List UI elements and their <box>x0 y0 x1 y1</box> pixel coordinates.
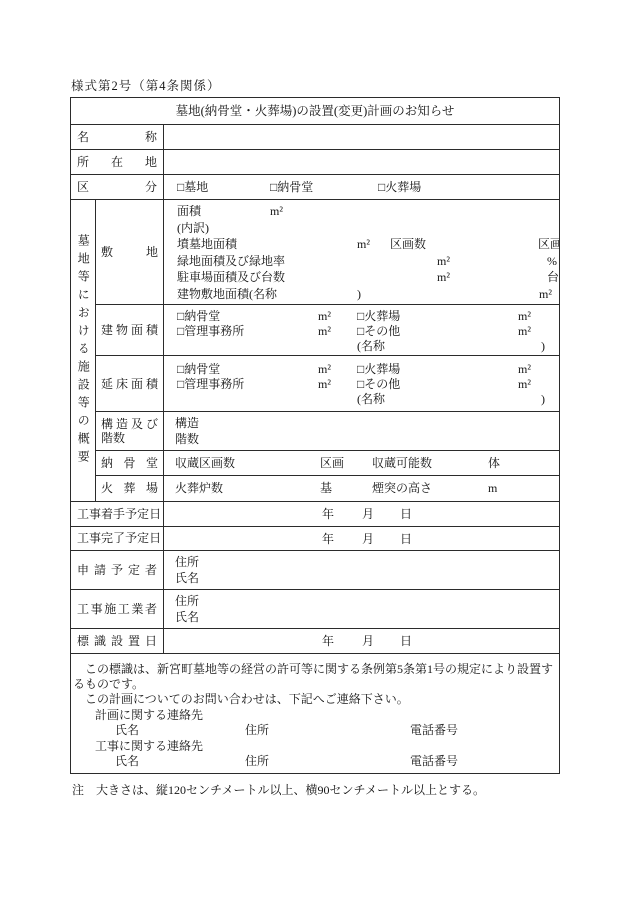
storage-capacity-label: 収蔵可能数 <box>372 456 432 470</box>
office-unit: m² <box>318 324 331 338</box>
work-contact-phone-label: 電話番号 <box>410 754 458 768</box>
ossuary-unit: m² <box>318 362 331 376</box>
name-paren-open: (名称 <box>357 339 385 353</box>
table-row: 所在地 <box>71 149 559 174</box>
table-row: 納骨堂 収蔵区画数 区画 収蔵可能数 体 <box>96 450 559 475</box>
green-area-unit: m² <box>437 254 450 268</box>
table-row: 敷地 面積 m² (内訳) 墳墓地面積 m² 区画数 区画 緑地面積及び緑地率 … <box>96 200 559 304</box>
notice-line1: この標識は、新宮町墓地等の経営の許可等に関する条例第5条第1号の規定により設置す <box>73 662 553 676</box>
sign-installation-date-value-cell: 年 月 日 <box>164 629 559 653</box>
table-row: 工事施工業者 住所 氏名 <box>71 589 559 628</box>
other-unit: m² <box>518 377 531 391</box>
day-label: 日 <box>400 532 412 546</box>
name-label: 氏名 <box>175 571 199 585</box>
month-label: 月 <box>362 507 374 521</box>
building-area-label: 建物面積 <box>101 323 158 337</box>
building-site-paren: ) <box>357 287 361 301</box>
site-area-label: 面積 <box>177 204 201 218</box>
category-value-cell: □墓地 □納骨堂 □火葬場 <box>164 175 559 199</box>
table-row: 区分 □墓地 □納骨堂 □火葬場 <box>71 174 559 199</box>
chimney-height-unit: m <box>488 481 497 495</box>
building-area-value-cell: □納骨堂 m² □火葬場 m² □管理事務所 m² □その他 m² (名称 ) <box>164 305 559 356</box>
work-contact-address-label: 住所 <box>245 754 269 768</box>
table-row: 工事完了予定日 年 月 日 <box>71 526 559 550</box>
form-title: 墓地(納骨堂・火葬場)の設置(変更)計画のお知らせ <box>176 104 455 119</box>
table-row: 名称 <box>71 124 559 149</box>
name-label: 名称 <box>77 130 157 144</box>
grave-area-label: 墳墓地面積 <box>177 237 237 251</box>
construction-end-value-cell: 年 月 日 <box>164 527 559 550</box>
parking-count-unit: 台 <box>547 270 559 284</box>
notice-block-row: この標識は、新宮町墓地等の経営の許可等に関する条例第5条第1号の規定により設置す… <box>71 653 559 773</box>
crematory-value-cell: 火葬炉数 基 煙突の高さ m <box>164 476 559 501</box>
checkbox-crematory: □火葬場 <box>378 180 421 194</box>
day-label: 日 <box>400 507 412 521</box>
crematory-unit: m² <box>518 362 531 376</box>
name-value-cell <box>164 125 559 149</box>
floor-area-label: 延床面積 <box>101 377 158 391</box>
checkbox-crematory: □火葬場 <box>357 309 400 323</box>
ossuary-row-label: 納骨堂 <box>101 456 158 470</box>
name-paren-close: ) <box>541 392 545 406</box>
overview-side-cell: 墓地等における施設等の概要 <box>71 200 96 501</box>
overview-side-label: 墓地等における施設等の概要 <box>76 234 90 468</box>
site-label: 敷地 <box>101 245 158 259</box>
year-label: 年 <box>322 507 334 521</box>
table-row: 申請予定者 住所 氏名 <box>71 550 559 589</box>
work-contact-name-label: 氏名 <box>115 754 139 768</box>
floors-field-label: 階数 <box>175 432 199 446</box>
furnace-count-unit: 基 <box>320 481 332 495</box>
floor-area-value-cell: □納骨堂 m² □火葬場 m² □管理事務所 m² □その他 m² (名称 ) <box>164 356 559 411</box>
notice-line3: この計画についてのお問い合わせは、下記へご連絡下さい。 <box>73 692 409 706</box>
year-label: 年 <box>322 634 334 648</box>
name-paren-open: (名称 <box>357 392 385 406</box>
size-footnote: 注 大きさは、縦120センチメートル以上、横90センチメートル以上とする。 <box>72 783 485 797</box>
notice-block: この標識は、新宮町墓地等の経営の許可等に関する条例第5条第1号の規定により設置す… <box>71 654 559 773</box>
parking-label: 駐車場面積及び台数 <box>177 270 285 284</box>
plan-contact-label: 計画に関する連絡先 <box>95 708 203 722</box>
location-label: 所在地 <box>77 155 157 169</box>
checkbox-crematory: □火葬場 <box>357 362 400 376</box>
checkbox-ossuary: □納骨堂 <box>177 309 220 323</box>
construction-end-label: 工事完了予定日 <box>77 531 157 545</box>
year-label: 年 <box>322 532 334 546</box>
furnace-count-label: 火葬炉数 <box>175 481 223 495</box>
table-row: 構造及び 階数 構造 階数 <box>96 411 559 450</box>
checkbox-office: □管理事務所 <box>177 324 244 338</box>
structure-label-line1: 構造及び <box>101 417 158 431</box>
notice-form-table: 墓地(納骨堂・火葬場)の設置(変更)計画のお知らせ 名称 所在地 区分 □墓地 … <box>70 97 560 774</box>
form-number: 様式第2号（第4条関係） <box>71 79 221 94</box>
table-row: 工事着手予定日 年 月 日 <box>71 501 559 526</box>
checkbox-other: □その他 <box>357 377 400 391</box>
storage-lots-unit: 区画 <box>320 456 344 470</box>
contractor-label: 工事施工業者 <box>77 602 157 616</box>
address-label: 住所 <box>175 555 199 569</box>
storage-capacity-unit: 体 <box>488 456 500 470</box>
month-label: 月 <box>362 532 374 546</box>
applicant-value-cell: 住所 氏名 <box>164 551 559 589</box>
name-paren-close: ) <box>541 339 545 353</box>
sign-installation-date-label: 標識設置日 <box>77 634 157 648</box>
table-row: 火葬場 火葬炉数 基 煙突の高さ m <box>96 475 559 501</box>
table-row: 墓地(納骨堂・火葬場)の設置(変更)計画のお知らせ <box>71 98 559 124</box>
month-label: 月 <box>362 634 374 648</box>
construction-start-label: 工事着手予定日 <box>77 507 157 521</box>
checkbox-ossuary: □納骨堂 <box>177 362 220 376</box>
ossuary-value-cell: 収蔵区画数 区画 収蔵可能数 体 <box>164 451 559 475</box>
plan-contact-name-label: 氏名 <box>115 723 139 737</box>
lot-count-label: 区画数 <box>390 237 426 251</box>
plan-contact-address-label: 住所 <box>245 723 269 737</box>
applicant-label: 申請予定者 <box>77 563 157 577</box>
category-label: 区分 <box>77 180 157 194</box>
construction-start-value-cell: 年 月 日 <box>164 502 559 526</box>
contractor-value-cell: 住所 氏名 <box>164 590 559 628</box>
location-value-cell <box>164 150 559 174</box>
day-label: 日 <box>400 634 412 648</box>
work-contact-label: 工事に関する連絡先 <box>95 739 203 753</box>
chimney-height-label: 煙突の高さ <box>372 481 432 495</box>
parking-unit: m² <box>437 270 450 284</box>
checkbox-office: □管理事務所 <box>177 377 244 391</box>
structure-value-cell: 構造 階数 <box>164 412 559 450</box>
address-label: 住所 <box>175 594 199 608</box>
name-label: 氏名 <box>175 610 199 624</box>
table-row: 建物面積 □納骨堂 m² □火葬場 m² □管理事務所 m² □その他 m² (… <box>96 304 559 356</box>
crematory-unit: m² <box>518 309 531 323</box>
checkbox-other: □その他 <box>357 324 400 338</box>
table-row: 標識設置日 年 月 日 <box>71 628 559 653</box>
green-area-label: 緑地面積及び緑地率 <box>177 254 285 268</box>
site-value-cell: 面積 m² (内訳) 墳墓地面積 m² 区画数 区画 緑地面積及び緑地率 m² … <box>164 200 559 304</box>
crematory-row-label: 火葬場 <box>101 481 158 495</box>
ossuary-unit: m² <box>318 309 331 323</box>
office-unit: m² <box>318 377 331 391</box>
grave-area-unit: m² <box>357 237 370 251</box>
checkbox-cemetery: □墓地 <box>177 180 208 194</box>
form-page: 様式第2号（第4条関係） 墓地(納骨堂・火葬場)の設置(変更)計画のお知らせ 名… <box>0 0 630 903</box>
checkbox-ossuary: □納骨堂 <box>270 180 313 194</box>
building-site-label: 建物敷地面積(名称 <box>177 287 277 301</box>
overview-section: 墓地等における施設等の概要 敷地 面積 m² (内訳) 墳墓地面積 m² 区画数… <box>71 199 559 501</box>
lot-count-unit: 区画 <box>538 237 559 251</box>
green-rate-unit: % <box>547 254 557 268</box>
building-site-unit: m² <box>539 287 552 301</box>
structure-label-line2: 階数 <box>101 431 158 445</box>
site-breakdown-label: (内訳) <box>177 221 209 235</box>
site-area-unit: m² <box>270 204 283 218</box>
other-unit: m² <box>518 324 531 338</box>
storage-lots-label: 収蔵区画数 <box>175 456 235 470</box>
table-row: 延床面積 □納骨堂 m² □火葬場 m² □管理事務所 m² □その他 m² (… <box>96 355 559 411</box>
notice-line2: るものです。 <box>73 677 144 691</box>
plan-contact-phone-label: 電話番号 <box>410 723 458 737</box>
structure-field-label: 構造 <box>175 416 199 430</box>
